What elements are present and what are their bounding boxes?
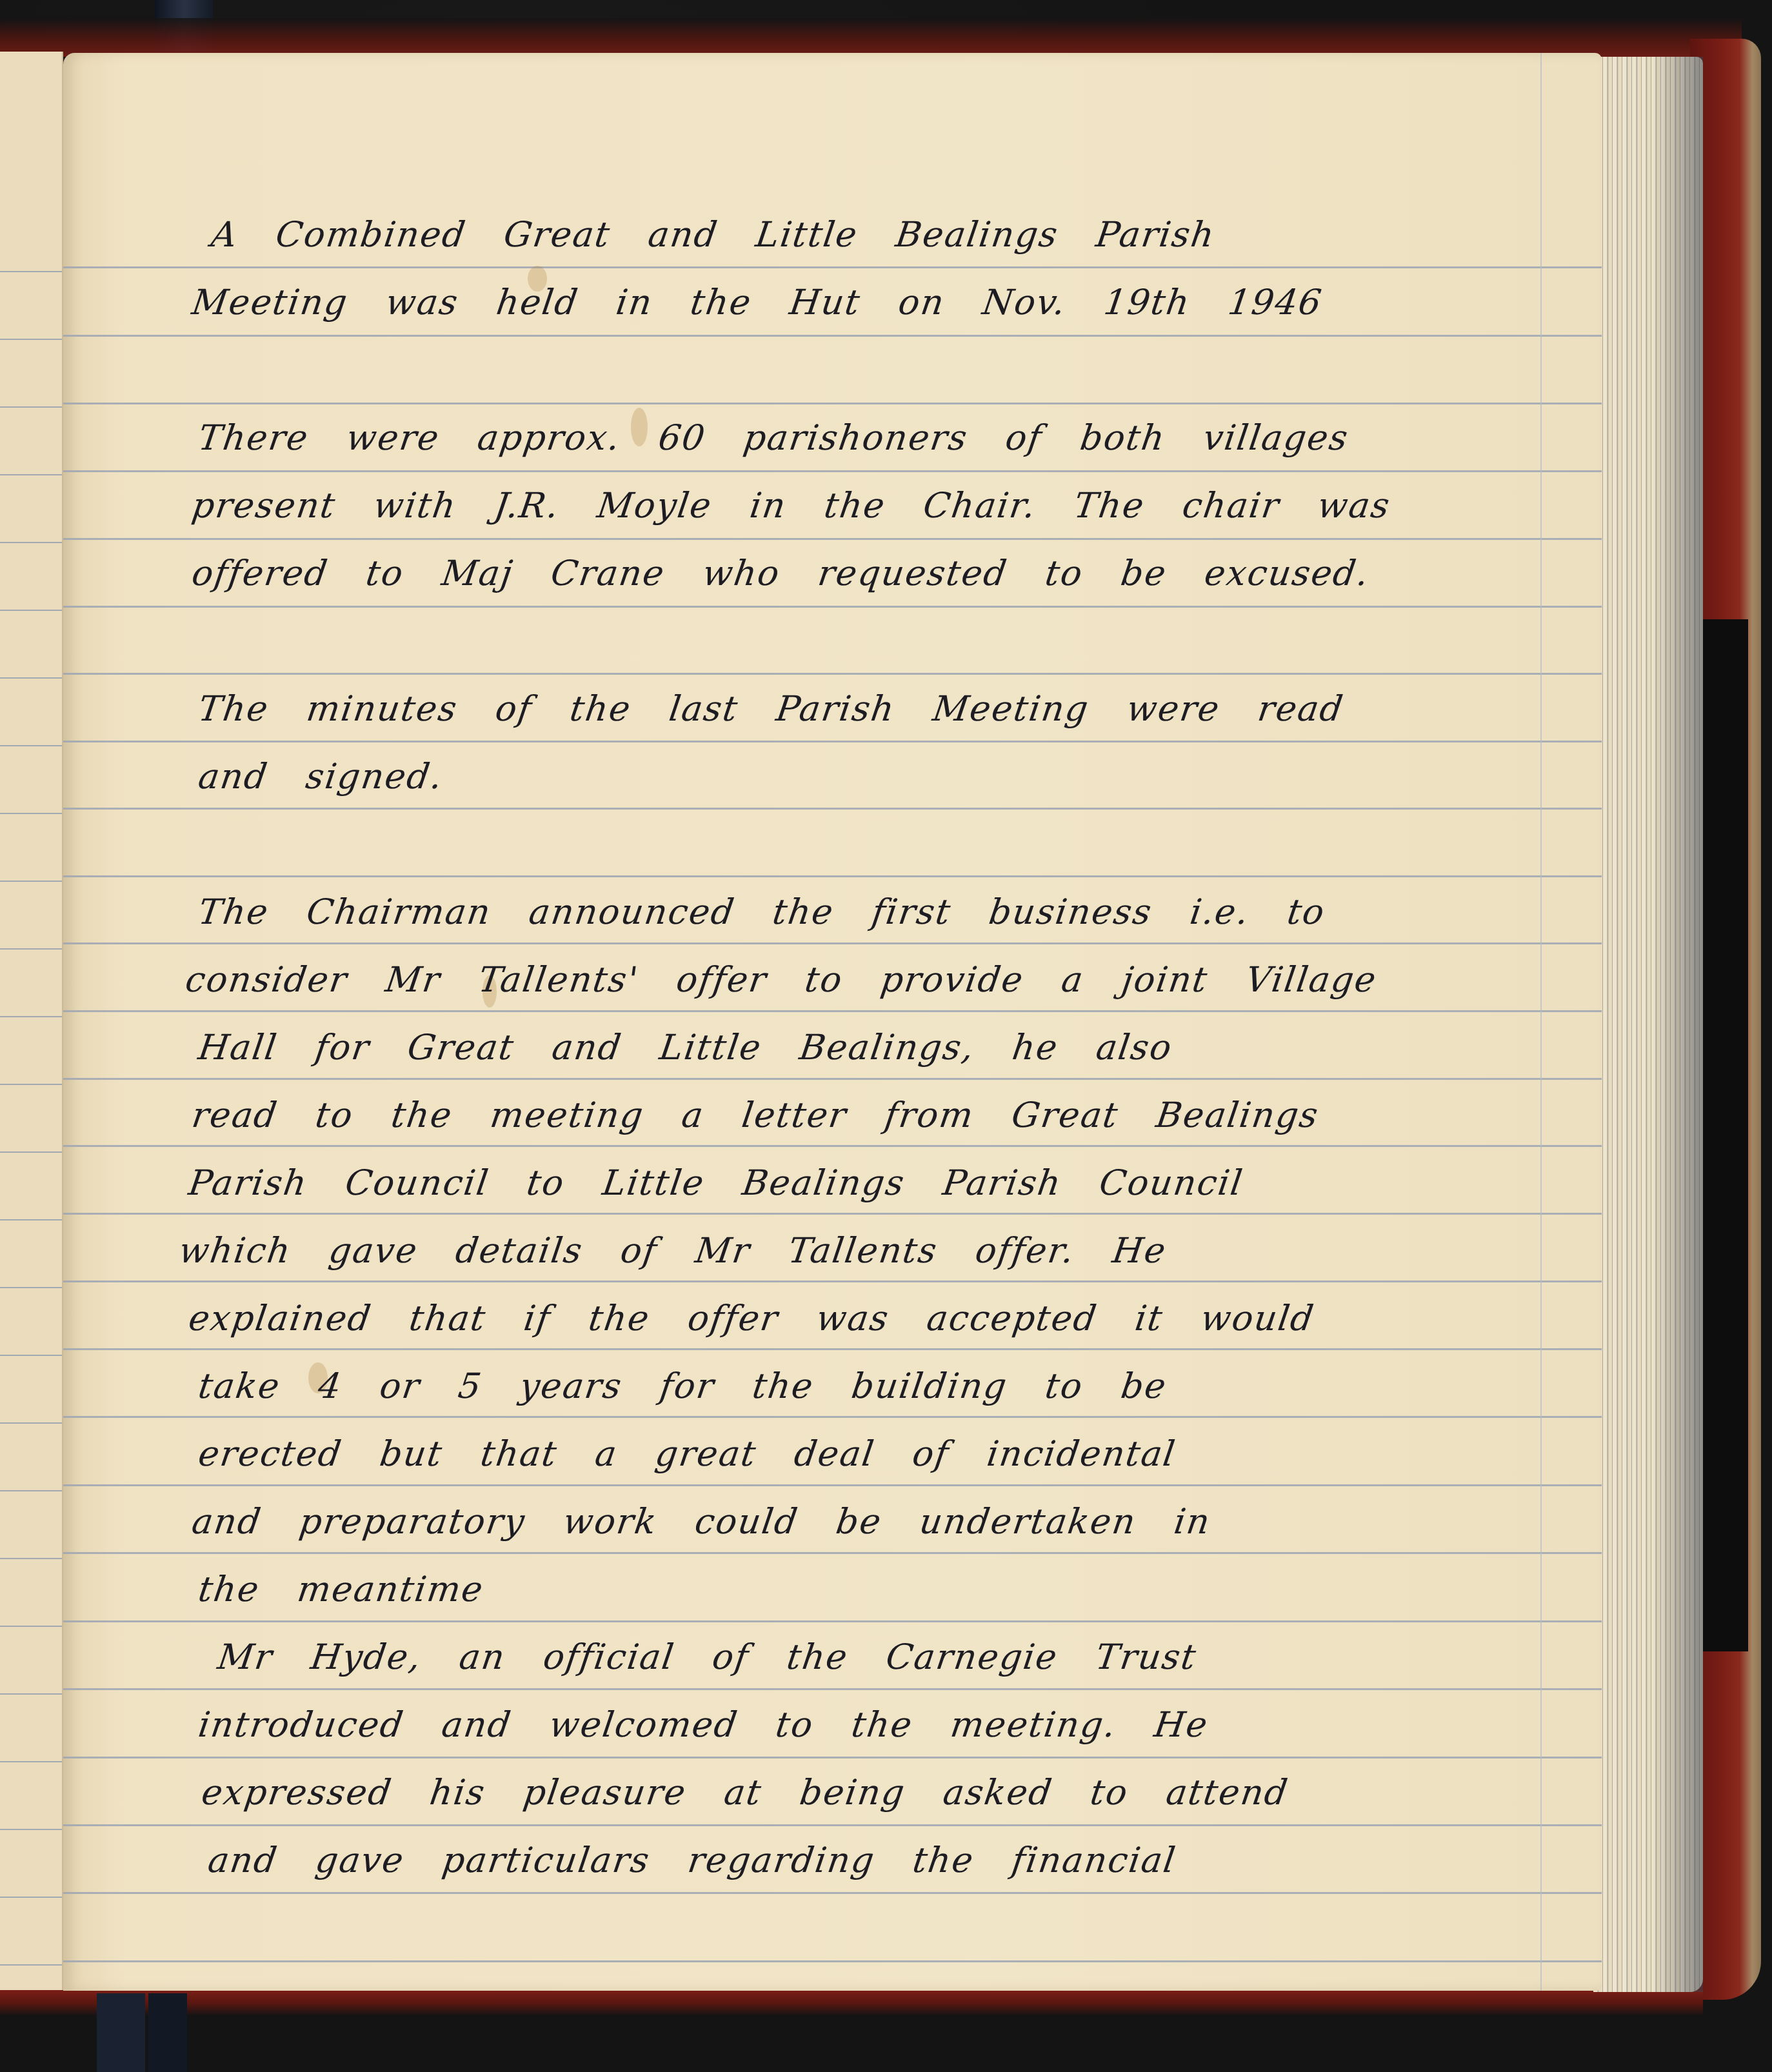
text-line: consider Mr Tallents' offer to provide a… <box>183 959 1380 1000</box>
text-line: Hall for Great and Little Bealings, he a… <box>196 1027 1175 1068</box>
ruled-line <box>63 1824 1602 1826</box>
text-line: offered to Maj Crane who requested to be… <box>190 553 1373 593</box>
ruled-line <box>0 1558 62 1559</box>
book-cover-bottom-edge <box>0 1990 1703 2016</box>
text-line: the meantime <box>196 1569 487 1609</box>
ruled-line <box>0 1287 62 1288</box>
ruled-line <box>0 881 62 882</box>
ruled-line <box>0 1897 62 1898</box>
text-line: which gave details of Mr Tallents offer.… <box>177 1230 1170 1271</box>
ruled-line <box>0 1422 62 1424</box>
ruled-line <box>63 470 1602 472</box>
ruled-line <box>63 606 1602 608</box>
text-line: introduced and welcomed to the meeting. … <box>196 1704 1211 1745</box>
book-cover-top-edge <box>0 18 1742 57</box>
ruled-line <box>63 1145 1602 1147</box>
spine-cloth-band <box>1703 619 1748 1651</box>
ruled-line <box>63 875 1602 877</box>
text-line: and preparatory work could be undertaken… <box>190 1501 1213 1542</box>
text-line: Meeting was held in the Hut on Nov. 19th… <box>190 282 1326 323</box>
ruled-line <box>63 1213 1602 1215</box>
ruled-line <box>63 403 1602 404</box>
ruled-line <box>63 673 1602 675</box>
ruled-line <box>0 1829 62 1830</box>
right-margin-line <box>1540 53 1542 1991</box>
ruled-line <box>63 1688 1602 1690</box>
ruled-line <box>63 1757 1602 1758</box>
ruled-line <box>63 942 1602 944</box>
left-page-sliver <box>0 52 63 1990</box>
ruled-line <box>0 1761 62 1762</box>
ruled-line <box>63 1620 1602 1622</box>
text-line: erected but that a great deal of inciden… <box>196 1433 1179 1474</box>
ruled-line <box>0 1355 62 1356</box>
ruled-line <box>0 813 62 814</box>
text-line: Mr Hyde, an official of the Carnegie Tru… <box>215 1637 1200 1677</box>
ruled-line <box>63 1078 1602 1080</box>
text-line: read to the meeting a letter from Great … <box>190 1095 1322 1135</box>
ruled-line <box>0 1219 62 1220</box>
text-line: The minutes of the last Parish Meeting w… <box>196 688 1347 729</box>
page-block-edges <box>1593 57 1703 1992</box>
ruled-line <box>63 1484 1602 1486</box>
text-line: A Combined Great and Little Bealings Par… <box>209 214 1218 255</box>
bookmark-ribbon-bottom <box>97 1993 145 2072</box>
bookmark-ribbon-bottom-2 <box>148 1993 187 2072</box>
text-line: There were approx. 60 parishoners of bot… <box>196 417 1351 458</box>
ruled-line <box>0 1490 62 1491</box>
text-line: expressed his pleasure at being asked to… <box>199 1772 1291 1813</box>
ruled-line <box>0 474 62 475</box>
text-line: take 4 or 5 years for the building to be <box>196 1366 1170 1406</box>
ruled-line <box>0 745 62 746</box>
text-line: and gave particulars regarding the finan… <box>206 1840 1179 1880</box>
ruled-line <box>0 1626 62 1627</box>
text-line: Parish Council to Little Bealings Parish… <box>186 1162 1246 1203</box>
text-line: The Chairman announced the first busines… <box>196 892 1328 932</box>
ruled-notebook-page: A Combined Great and Little Bealings Par… <box>63 53 1602 1991</box>
ruled-line <box>63 1960 1602 1962</box>
text-line: and signed. <box>196 756 446 797</box>
ruled-line <box>0 406 62 408</box>
ruled-line <box>0 610 62 611</box>
ruled-line <box>63 1010 1602 1012</box>
ruled-line <box>63 1416 1602 1418</box>
ruled-line <box>63 538 1602 540</box>
ruled-line <box>63 808 1602 810</box>
ruled-line <box>63 1552 1602 1554</box>
ruled-line <box>0 1151 62 1153</box>
text-line: present with J.R. Moyle in the Chair. Th… <box>190 485 1393 526</box>
ruled-line <box>63 1892 1602 1894</box>
ruled-line <box>0 677 62 679</box>
ruled-line <box>63 1348 1602 1350</box>
ruled-line <box>0 1693 62 1695</box>
ruled-line <box>0 339 62 340</box>
text-line: explained that if the offer was accepted… <box>186 1298 1317 1339</box>
ruled-line <box>63 1280 1602 1282</box>
ruled-line <box>0 1964 62 1966</box>
ruled-line <box>0 542 62 543</box>
ruled-line <box>63 266 1602 268</box>
ruled-line <box>0 1016 62 1017</box>
ruled-line <box>0 948 62 950</box>
ruled-line <box>0 1084 62 1085</box>
ruled-line <box>63 335 1602 337</box>
ruled-line <box>63 741 1602 742</box>
ruled-line <box>0 271 62 272</box>
